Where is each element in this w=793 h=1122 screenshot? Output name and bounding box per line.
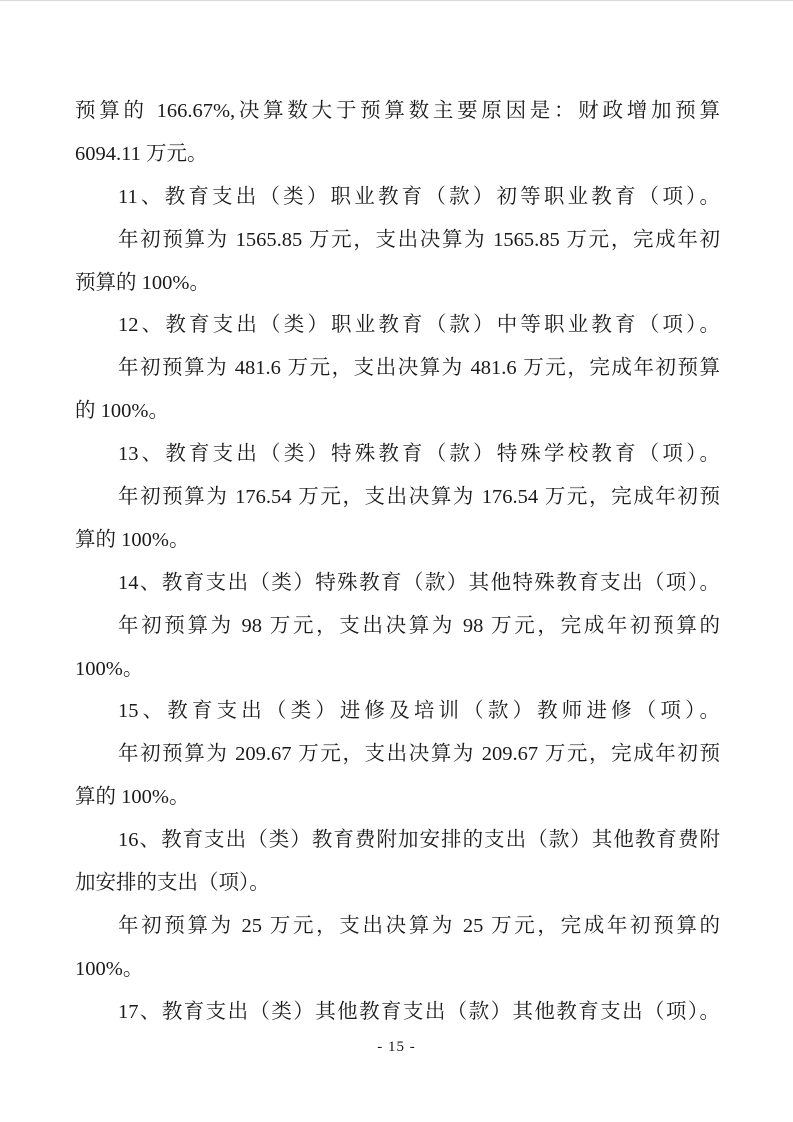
text-line: 年初预算为 176.54 万元，支出决算为 176.54 万元，完成年初预 [75,476,720,519]
text-line: 预算的 100%。 [75,262,720,305]
text-line: 年初预算为 1565.85 万元，支出决算为 1565.85 万元，完成年初 [75,219,720,262]
text-line: 12、教育支出（类）职业教育（款）中等职业教育（项）。 [75,304,720,347]
text-line: 算的 100%。 [75,519,720,562]
text-line: 年初预算为 25 万元，支出决算为 25 万元，完成年初预算的 [75,905,720,948]
document-page: 预算的 166.67%,决算数大于预算数主要原因是：财政增加预算 6094.11… [0,0,793,1122]
text-line: 预算的 166.67%,决算数大于预算数主要原因是：财政增加预算 [75,90,720,133]
text-line: 15、教育支出（类）进修及培训（款）教师进修（项）。 [75,690,720,733]
text-line: 13、教育支出（类）特殊教育（款）特殊学校教育（项）。 [75,433,720,476]
page-number: - 15 - [0,1037,793,1057]
text-line: 11、教育支出（类）职业教育（款）初等职业教育（项）。 [75,176,720,219]
text-line: 16、教育支出（类）教育费附加安排的支出（款）其他教育费附 [75,819,720,862]
text-line: 年初预算为 209.67 万元，支出决算为 209.67 万元，完成年初预 [75,733,720,776]
document-body: 预算的 166.67%,决算数大于预算数主要原因是：财政增加预算 6094.11… [75,90,720,1034]
text-line: 算的 100%。 [75,776,720,819]
text-line: 100%。 [75,948,720,991]
text-line: 年初预算为 98 万元，支出决算为 98 万元，完成年初预算的 [75,605,720,648]
text-line: 的 100%。 [75,390,720,433]
text-line: 加安排的支出（项）。 [75,862,720,905]
text-line: 14、教育支出（类）特殊教育（款）其他特殊教育支出（项）。 [75,562,720,605]
text-line: 100%。 [75,648,720,691]
text-line: 17、教育支出（类）其他教育支出（款）其他教育支出（项）。 [75,991,720,1034]
text-line: 年初预算为 481.6 万元，支出决算为 481.6 万元，完成年初预算 [75,347,720,390]
text-line: 6094.11 万元。 [75,133,720,176]
